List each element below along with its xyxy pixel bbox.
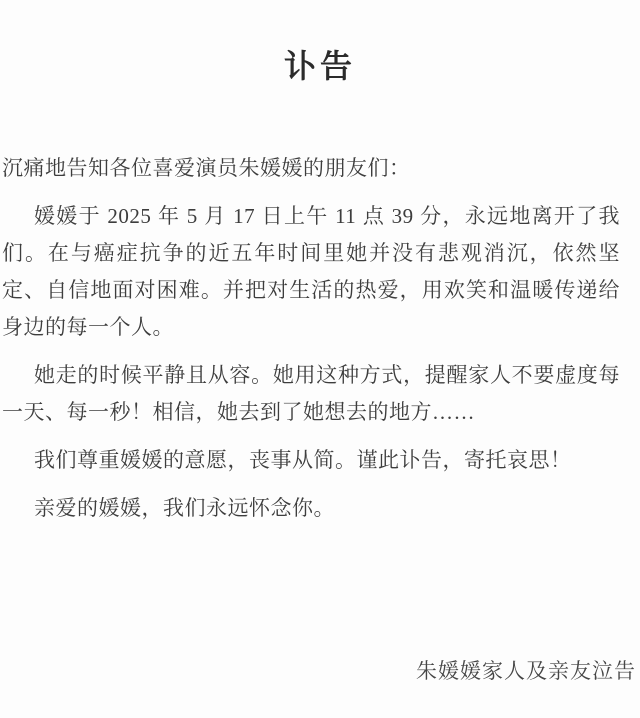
obituary-paragraph-4: 亲爱的媛媛，我们永远怀念你。 — [2, 490, 620, 527]
obituary-paragraph-2: 她走的时候平静且从容。她用这种方式，提醒家人不要虚度每一天、每一秒！相信，她去到… — [2, 357, 620, 431]
obituary-paragraph-1: 媛媛于 2025 年 5 月 17 日上午 11 点 39 分，永远地离开了我们… — [2, 198, 620, 346]
obituary-body: 沉痛地告知各位喜爱演员朱媛媛的朋友们： 媛媛于 2025 年 5 月 17 日上… — [2, 150, 620, 527]
signature-line: 朱媛媛家人及亲友泣告 — [416, 655, 636, 685]
obituary-title: 讣告 — [20, 46, 620, 86]
salutation-line: 沉痛地告知各位喜爱演员朱媛媛的朋友们： — [2, 150, 620, 187]
obituary-document: 讣告 沉痛地告知各位喜爱演员朱媛媛的朋友们： 媛媛于 2025 年 5 月 17… — [0, 0, 640, 718]
obituary-paragraph-3: 我们尊重媛媛的意愿，丧事从简。谨此讣告，寄托哀思！ — [2, 442, 620, 479]
